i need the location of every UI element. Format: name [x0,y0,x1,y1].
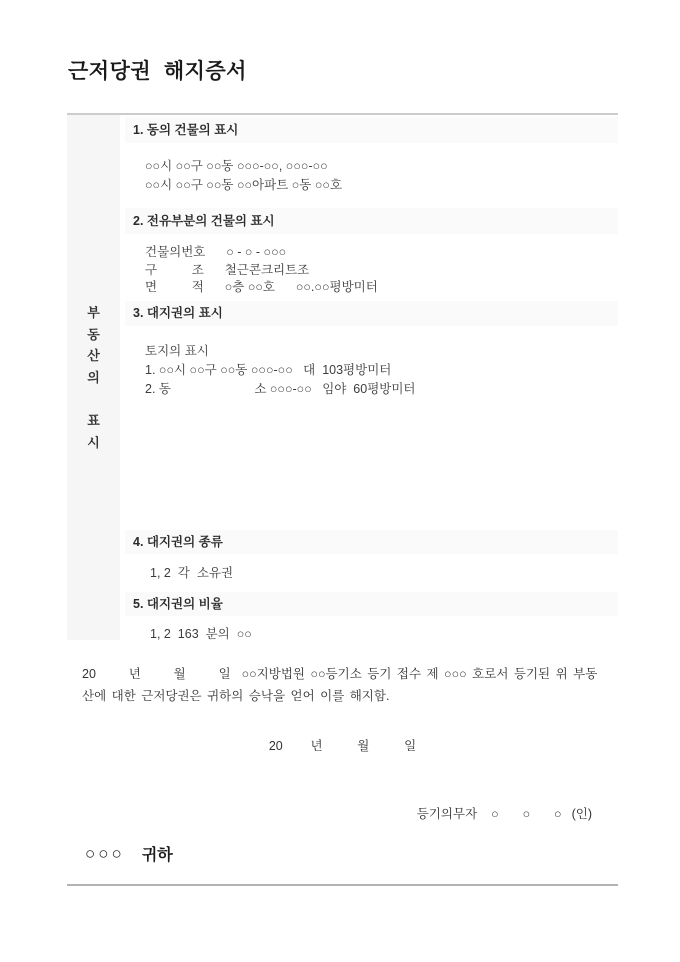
section-4-header: 4. 대지권의 종류 [125,530,618,554]
seal-circles: ○ ○ ○ [491,807,563,821]
obligor-line: 등기의무자○ ○ ○(인) [417,804,592,822]
recipient-line: ○○○ 귀하 [85,842,173,865]
bottom-divider [67,884,618,886]
row-label-top: 부 동 산 의 [87,302,100,388]
recipient-name: ○○○ [85,844,125,864]
section-3-body: 토지의 표시 1. ○○시 ○○구 ○○동 ○○○-○○ 대 103평방미터 2… [125,342,618,399]
page-title: 근저당권 해지증서 [68,55,247,85]
section-3-header: 3. 대지권의 표시 [125,301,618,326]
recipient-title: 귀하 [142,842,173,865]
date-line: 20 년 월 일 [67,736,618,754]
document-page: 근저당권 해지증서 부 동 산 의 표 시 1. 동의 건물의 표시 ○○시 ○… [0,0,680,962]
seal-label: (인) [572,807,592,821]
section-1-body: ○○시 ○○구 ○○동 ○○○-○○, ○○○-○○ ○○시 ○○구 ○○동 ○… [125,157,618,195]
section-4-body: 1, 2 각 소유권 [125,564,618,582]
section-2-body: 건물의번호 ○ - ○ - ○○○ 구 조 철근콘크리트조 면 적 ○층 ○○호… [125,244,618,297]
termination-statement: 20 년 월 일 ○○지방법원 ○○등기소 등기 접수 제 ○○○ 호로서 등기… [82,664,622,707]
row-label-bottom: 표 시 [87,410,100,453]
obligor-label: 등기의무자 [417,807,477,821]
section-1-header: 1. 동의 건물의 표시 [125,117,618,143]
property-description-table: 부 동 산 의 표 시 1. 동의 건물의 표시 ○○시 ○○구 ○○동 ○○○… [67,113,618,640]
section-5-body: 1, 2 163 분의 ○○ [125,625,618,643]
row-label-real-estate: 부 동 산 의 표 시 [67,115,120,640]
section-2-header: 2. 전유부분의 건물의 표시 [125,208,618,234]
sections-column: 1. 동의 건물의 표시 ○○시 ○○구 ○○동 ○○○-○○, ○○○-○○ … [125,115,618,640]
section-5-header: 5. 대지권의 비율 [125,592,618,616]
